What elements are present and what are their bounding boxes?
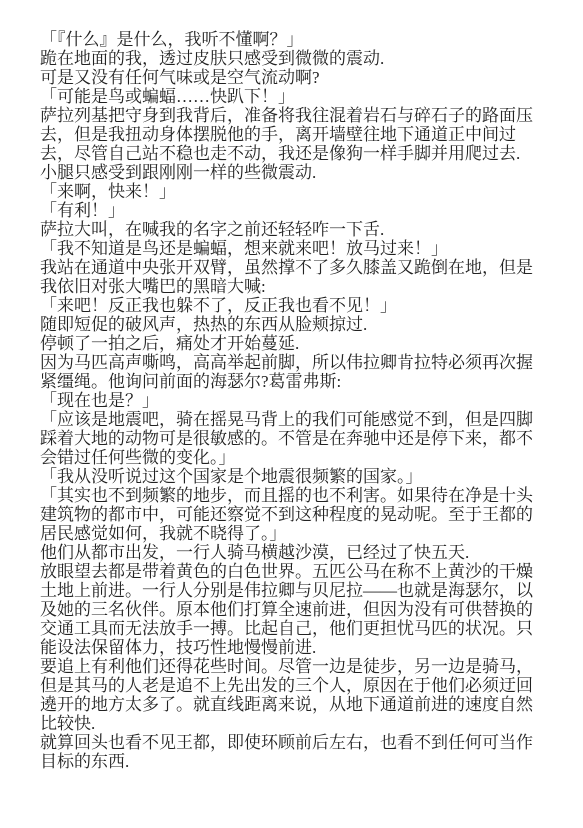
text-line: 因为马匹高声嘶鸣，高高举起前脚，所以伟拉卿肯拉特必须再次握 bbox=[40, 353, 548, 372]
text-line: 小腿只感受到跟刚刚一样的些微震动. bbox=[40, 163, 548, 182]
text-line: 萨拉大叫，在喊我的名字之前还轻轻咋一下舌. bbox=[40, 220, 548, 239]
text-line: 去，但是我扭动身体摆脱他的手，离开墙壁往地下通道正中间过 bbox=[40, 125, 548, 144]
text-line: 可是又没有任何气味或是空气流动啊? bbox=[40, 68, 548, 87]
text-line: 要追上有利他们还得花些时间。尽管一边是徒步，另一边是骑马， bbox=[40, 657, 548, 676]
text-line: 紧缰绳。他询问前面的海瑟尔?葛雷弗斯: bbox=[40, 372, 548, 391]
text-line: 他们从都市出发，一行人骑马横越沙漠，已经过了快五天. bbox=[40, 543, 548, 562]
text-line: 踩着大地的动物可是很敏感的。不管是在奔驰中还是停下来，都不 bbox=[40, 429, 548, 448]
text-line: 「现在也是？」 bbox=[40, 391, 548, 410]
text-line: 「来吧！反正我也躲不了，反正我也看不见！」 bbox=[40, 296, 548, 315]
text-line: 去，尽管自己站不稳也走不动，我还是像狗一样手脚并用爬过去. bbox=[40, 144, 548, 163]
text-line: 土地上前进。一行人分别是伟拉卿与贝尼拉——也就是海瑟尔，以 bbox=[40, 581, 548, 600]
text-line: 遶开的地方太多了。就直线距离来说，从地下通道前进的速度自然 bbox=[40, 695, 548, 714]
text-line: 「应该是地震吧，骑在摇晃马背上的我们可能感觉不到，但是四脚 bbox=[40, 410, 548, 429]
text-line: 随即短促的破风声，热热的东西从脸颊掠过. bbox=[40, 315, 548, 334]
text-line: 停顿了一拍之后，痛处才开始蔓延. bbox=[40, 334, 548, 353]
text-line: 我依旧对张大嘴巴的黑暗大喊: bbox=[40, 277, 548, 296]
text-line: 会错过任何些微的变化。」 bbox=[40, 448, 548, 467]
text-line: 能设法保留体力，技巧性地慢慢前进. bbox=[40, 638, 548, 657]
text-line: 建筑物的都市中，可能还察觉不到这种程度的晃动呢。至于王都的 bbox=[40, 505, 548, 524]
text-line: 比较快. bbox=[40, 714, 548, 733]
text-line: 「来啊，快来！」 bbox=[40, 182, 548, 201]
text-line: 「其实也不到频繁的地步，而且摇的也不利害。如果待在净是十头 bbox=[40, 486, 548, 505]
text-line: 目标的东西. bbox=[40, 752, 548, 771]
text-line: 但是其马的人老是追不上先出发的三个人，原因在于他们必须迂回 bbox=[40, 676, 548, 695]
text-line: 「『什么』是什么，我听不懂啊？」 bbox=[40, 30, 548, 49]
text-line: 放眼望去都是带着黄色的白色世界。五匹公马在称不上黄沙的干燥 bbox=[40, 562, 548, 581]
text-line: 交通工具而无法放手一搏。比起自己，他们更担忧马匹的状况。只 bbox=[40, 619, 548, 638]
text-line: 萨拉列基把守身到我背后，准备将我往混着岩石与碎石子的路面压 bbox=[40, 106, 548, 125]
text-line: 居民感觉如何，我就不晓得了。」 bbox=[40, 524, 548, 543]
novel-text-block: 「『什么』是什么，我听不懂啊？」跪在地面的我，透过皮肤只感受到微微的震动.可是又… bbox=[40, 30, 548, 771]
text-line: 我站在通道中央张开双臂，虽然撑不了多久膝盖又跪倒在地，但是 bbox=[40, 258, 548, 277]
text-line: 「我不知道是鸟还是蝙蝠，想来就来吧！放马过来！」 bbox=[40, 239, 548, 258]
novel-page: 「『什么』是什么，我听不懂啊？」跪在地面的我，透过皮肤只感受到微微的震动.可是又… bbox=[0, 0, 583, 828]
text-line: 及她的三名伙伴。原本他们打算全速前进，但因为没有可供替换的 bbox=[40, 600, 548, 619]
text-line: 「可能是鸟或蝙蝠……快趴下！」 bbox=[40, 87, 548, 106]
text-line: 「有利！」 bbox=[40, 201, 548, 220]
text-line: 就算回头也看不见王都，即使环顾前后左右，也看不到任何可当作 bbox=[40, 733, 548, 752]
text-line: 跪在地面的我，透过皮肤只感受到微微的震动. bbox=[40, 49, 548, 68]
text-line: 「我从没听说过这个国家是个地震很频繁的国家。」 bbox=[40, 467, 548, 486]
